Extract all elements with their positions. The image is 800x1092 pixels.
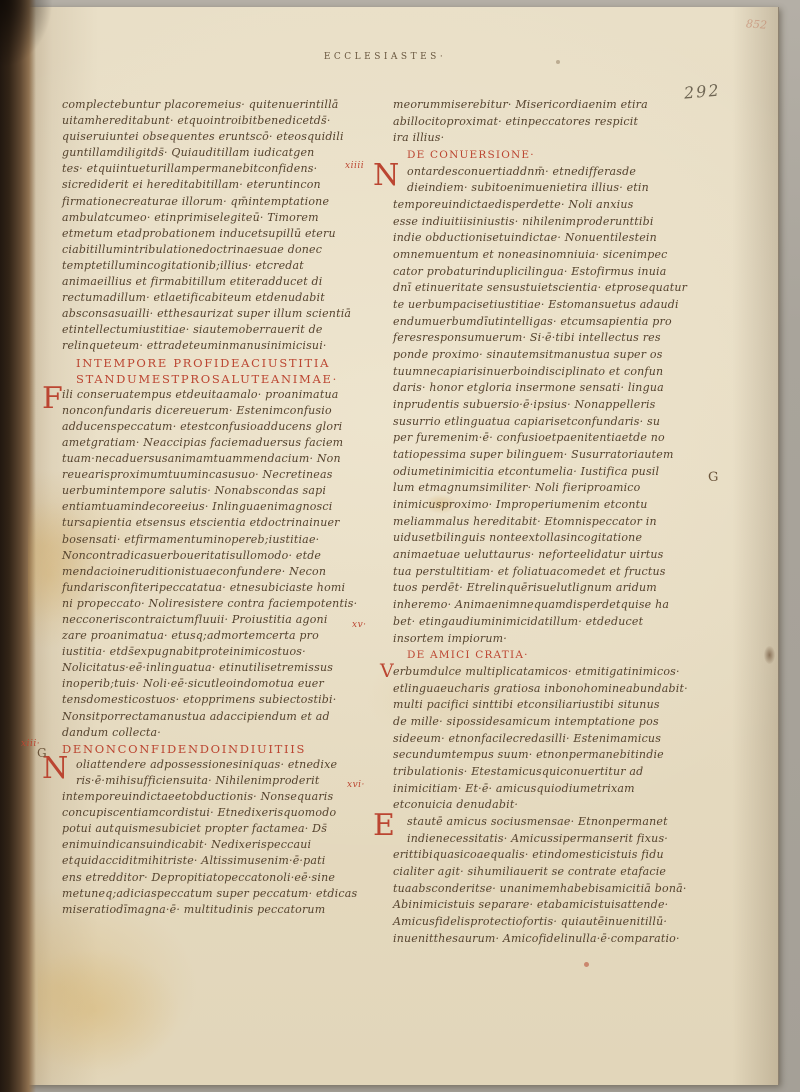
manuscript-text-line: uerbumintempore salutis· Nonabscondas sa… bbox=[62, 483, 390, 499]
line-text: STANDUMESTPROSALUTEANIMAE· bbox=[76, 372, 338, 386]
manuscript-text-line: daris· honor etgloria insermone sensati·… bbox=[393, 380, 727, 397]
manuscript-text-line: tes· etquiintueturillampermanebitconfide… bbox=[62, 161, 390, 177]
manuscript-text-line: fundarisconfiteripeccatatua· etnesubicia… bbox=[62, 580, 390, 596]
manuscript-text-line: etconuicia denudabit· bbox=[393, 797, 727, 814]
line-text: inuenitthesaurum· Amicofidelinulla·ē·com… bbox=[393, 932, 680, 945]
manuscript-text-line: cialiter agit· sihumiliauerit se contrat… bbox=[393, 864, 727, 881]
manuscript-text-line: odiumetinimicitia etcontumelia· Iustific… bbox=[393, 464, 727, 481]
line-text: bosensati· etfirmamentuminopereb;iustiti… bbox=[62, 533, 319, 546]
line-text: multi pacifici sinttibi etconsiliariusti… bbox=[393, 698, 660, 711]
line-text: dieindiem· subitoenimuenietira illius· e… bbox=[407, 181, 649, 194]
manuscript-text-line: tua perstultitiam· et foliatuacomedet et… bbox=[393, 564, 727, 581]
line-text: oliattendere adpossessionesiniquas· etne… bbox=[76, 758, 337, 771]
line-text: etintellectumiustitiae· siautemoberrauer… bbox=[62, 323, 323, 336]
line-text: INTEMPORE PROFIDEACIUSTITIA bbox=[76, 356, 330, 370]
manuscript-text-line: sideeum· etnonfacilecredasilli· Estenima… bbox=[393, 731, 727, 748]
manuscript-text-line: ira illius· bbox=[393, 130, 727, 147]
line-text: fundarisconfiteripeccatatua· etnesubicia… bbox=[62, 581, 345, 594]
manuscript-text-line: tursapientia etsensus etscientia etdoctr… bbox=[62, 515, 390, 531]
manuscript-text-line: adducenspeccatum· etestconfusioadducens … bbox=[62, 419, 390, 435]
manuscript-text-line: bosensati· etfirmamentuminopereb;iustiti… bbox=[62, 532, 390, 548]
manuscript-text-line: tuaabsconderitse· unanimemhabebisamiciti… bbox=[393, 881, 727, 898]
manuscript-text-line: uitamhereditabunt· etquointroibitbenedic… bbox=[62, 113, 390, 129]
line-text: ili conseruatempus etdeuitaamalo· proani… bbox=[62, 388, 338, 401]
running-header: ECCLESIASTES· bbox=[280, 52, 490, 62]
manuscript-text-line: tuam·necaduersusanimamtuammendacium· Non bbox=[62, 451, 390, 467]
line-text: DE AMICI CRATIA· bbox=[407, 649, 529, 661]
manuscript-text-line: Nonsitporrectamanustua adaccipiendum et … bbox=[62, 709, 390, 725]
line-text: Nonsitporrectamanustua adaccipiendum et … bbox=[62, 710, 330, 723]
line-text: tatiopessima super bilinguem· Susurrator… bbox=[393, 448, 674, 461]
manuscript-text-line: indie obductionisetuindictae· Nonuentile… bbox=[393, 230, 727, 247]
line-text: daris· honor etgloria insermone sensati·… bbox=[393, 381, 664, 394]
line-text: enimuindicansuindicabit· Nedixerispeccau… bbox=[62, 838, 311, 851]
manuscript-text-line: inoperib;tuis· Noli·eē·sicutleoindomotua… bbox=[62, 676, 390, 692]
line-text: per furemenim·ē· confusioetpaenitentiaet… bbox=[393, 431, 665, 444]
manuscript-text-line: absconsasuailli· etthesaurizat super ill… bbox=[62, 306, 390, 322]
line-text: sideeum· etnonfacilecredasilli· Estenima… bbox=[393, 732, 661, 745]
line-text: uidusetbilinguis nonteextollasincogitati… bbox=[393, 531, 642, 544]
line-text: etlinguaeucharis gratiosa inbonohomineab… bbox=[393, 682, 688, 695]
manuscript-text-line: ponde proximo· sinautemsitmanustua super… bbox=[393, 347, 727, 364]
line-text: DE CONUERSIONE· bbox=[407, 149, 535, 161]
manuscript-text-line: reuearisproximumtuumincasusuo· Necretine… bbox=[62, 467, 390, 483]
line-text: temptetillumincogitationib;illius· etcre… bbox=[62, 259, 304, 272]
line-text: absconsasuailli· etthesaurizat super ill… bbox=[62, 307, 351, 320]
manuscript-text-line: enimuindicansuindicabit· Nedixerispeccau… bbox=[62, 837, 390, 853]
line-text: quiseruiuntei obsequentes eruntscō· eteo… bbox=[62, 130, 344, 143]
text-column-left: complectebuntur placoremeius· quitenueri… bbox=[62, 97, 390, 918]
manuscript-text-line: per furemenim·ē· confusioetpaenitentiaet… bbox=[393, 430, 727, 447]
manuscript-text-line: Nontardesconuertiaddnm̄· etnedifferasde bbox=[393, 164, 727, 181]
manuscript-text-line: tensdomesticostuos· etopprimens subiecto… bbox=[62, 692, 390, 708]
manuscript-text-line: etlinguaeucharis gratiosa inbonohomineab… bbox=[393, 681, 727, 698]
manuscript-text-line: animaeillius et firmabitillum etiteraddu… bbox=[62, 274, 390, 290]
rubric-heading-line: DE AMICI CRATIA· bbox=[393, 647, 727, 664]
line-text: etquidacciditmihitriste· Altissimusenim·… bbox=[62, 854, 325, 867]
line-text: inimicusproximo· Improperiumenim etcontu bbox=[393, 498, 648, 511]
line-text: reuearisproximumtuumincasusuo· Necretine… bbox=[62, 468, 333, 481]
manuscript-text-line: concupiscentiamcordistui· Etnedixerisquo… bbox=[62, 805, 390, 821]
line-text: de mille· sipossidesamicum intemptatione… bbox=[393, 715, 659, 728]
line-text: Amicusfidelisprotectiofortis· quiautēinu… bbox=[393, 915, 667, 928]
line-text: dnī etinueritate sensustuietscientia· et… bbox=[393, 281, 687, 294]
manuscript-text-line: relinqueteum· ettradeteuminmanusinimicis… bbox=[62, 338, 390, 354]
manuscript-text-line: etmetum etadprobationem inducetsupillū e… bbox=[62, 226, 390, 242]
rubric-heading-line: STANDUMESTPROSALUTEANIMAE· bbox=[62, 371, 390, 387]
line-text: bet· etingaudiuminimicidatillum· etdeduc… bbox=[393, 615, 643, 628]
line-text: tuam·necaduersusanimamtuammendacium· Non bbox=[62, 452, 341, 465]
manuscript-text-line: iustitia· etds̄expugnabitproteinimicostu… bbox=[62, 644, 390, 660]
manuscript-text-line: miseratiodīmagna·ē· multitudinis peccato… bbox=[62, 902, 390, 918]
manuscript-text-line: dnī etinueritate sensustuietscientia· et… bbox=[393, 280, 727, 297]
manuscript-text-line: cator probaturinduplicilingua· Estofirmu… bbox=[393, 264, 727, 281]
line-text: guntillamdiligitds̄· Quiauditillam iudic… bbox=[62, 146, 314, 159]
line-text: ris·ē·mihisufficiensuita· Nihilenimprode… bbox=[76, 774, 319, 787]
manuscript-text-line: dieindiem· subitoenimuenietira illius· e… bbox=[393, 180, 727, 197]
line-text: mendacioineruditionistuaeconfundere· Nec… bbox=[62, 565, 326, 578]
manuscript-text-line: temporeuindictaedisperdette· Noli anxius bbox=[393, 197, 727, 214]
line-text: uerbumintempore salutis· Nonabscondas sa… bbox=[62, 484, 326, 497]
line-text: animaetuae ueluttaurus· neforteelidatur … bbox=[393, 548, 663, 561]
rubric-heading-line: DE CONUERSIONE· bbox=[393, 147, 727, 164]
illuminated-initial-v: V bbox=[380, 662, 394, 681]
line-text: adducenspeccatum· etestconfusioadducens … bbox=[62, 420, 342, 433]
manuscript-text-line: multi pacifici sinttibi etconsiliariusti… bbox=[393, 697, 727, 714]
manuscript-text-line: intemporeuindictaeetobductionis· Nonsequ… bbox=[62, 789, 390, 805]
line-text: secundumtempus suum· etnonpermanebitindi… bbox=[393, 748, 664, 761]
illuminated-initial-f: F bbox=[42, 384, 63, 414]
line-text: stautē amicus sociusmensae· Etnonpermane… bbox=[407, 815, 668, 828]
manuscript-text-line: tuumnecapiarisinuerboindisciplinato et c… bbox=[393, 364, 727, 381]
manuscript-text-line: etintellectumiustitiae· siautemoberrauer… bbox=[62, 322, 390, 338]
line-text: indienecessitatis· Amicussipermanserit f… bbox=[407, 832, 668, 845]
manuscript-text-line: secundumtempus suum· etnonpermanebitindi… bbox=[393, 747, 727, 764]
manuscript-text-line: bet· etingaudiuminimicidatillum· etdeduc… bbox=[393, 614, 727, 631]
manuscript-text-line: Nolicitatus·eē·inlinguatua· etinutiliset… bbox=[62, 660, 390, 676]
line-text: tursapientia etsensus etscientia etdoctr… bbox=[62, 516, 340, 529]
chapter-number-xiiii: xiiii bbox=[345, 161, 364, 171]
line-text: ira illius· bbox=[393, 131, 444, 144]
line-text: meorummiserebitur· Misericordiaenim etir… bbox=[393, 98, 648, 111]
line-text: DENONCONFIDENDOINDIUITIIS bbox=[62, 742, 306, 756]
line-text: necconeriscontraictumfluuii· Proiustitia… bbox=[62, 613, 328, 626]
manuscript-text-line: Amicusfidelisprotectiofortis· quiautēinu… bbox=[393, 914, 727, 931]
line-text: ni propeccato· Noliresistere contra faci… bbox=[62, 597, 357, 610]
line-text: inoperib;tuis· Noli·eē·sicutleoindomotua… bbox=[62, 677, 324, 690]
line-text: inimicitiam· Et·ē· amicusquiodiumetrixam bbox=[393, 782, 635, 795]
text-column-right: meorummiserebitur· Misericordiaenim etir… bbox=[393, 97, 727, 947]
line-text: animaeillius et firmabitillum etiteraddu… bbox=[62, 275, 322, 288]
line-text: abillocitoproximat· etinpeccatores respi… bbox=[393, 115, 638, 128]
line-text: cialiter agit· sihumiliauerit se contrat… bbox=[393, 865, 666, 878]
manuscript-text-line: nonconfundaris dicereuerum· Estenimconfu… bbox=[62, 403, 390, 419]
line-text: tensdomesticostuos· etopprimens subiecto… bbox=[62, 693, 336, 706]
manuscript-text-line: Abinimicistuis separare· etabamicistuisa… bbox=[393, 897, 727, 914]
manuscript-text-line: rectumadillum· etlaetificabiteum etdenud… bbox=[62, 290, 390, 306]
line-text: ametgratiam· Neaccipias faciemaduersus f… bbox=[62, 436, 343, 449]
manuscript-text-line: indienecessitatis· Amicussipermanserit f… bbox=[393, 831, 727, 848]
manuscript-text-line: potui autquismesubiciet propter factamea… bbox=[62, 821, 390, 837]
line-text: uitamhereditabunt· etquointroibitbenedic… bbox=[62, 114, 331, 127]
manuscript-text-line: complectebuntur placoremeius· quitenueri… bbox=[62, 97, 390, 113]
manuscript-text-line: Verbumdulce multiplicatamicos· etmitigat… bbox=[393, 664, 727, 681]
chapter-number-xvi: xvi· bbox=[347, 780, 365, 790]
line-text: feresresponsumuerum· Si·ē·tibi intellect… bbox=[393, 331, 661, 344]
manuscript-text-line: feresresponsumuerum· Si·ē·tibi intellect… bbox=[393, 330, 727, 347]
manuscript-text-line: temptetillumincogitationib;illius· etcre… bbox=[62, 258, 390, 274]
line-text: erittibiquasicoaequalis· etindomesticist… bbox=[393, 848, 664, 861]
line-text: ontardesconuertiaddnm̄· etnedifferasde bbox=[407, 165, 636, 178]
line-text: te uerbumpacisetiustitiae· Estomansuetus… bbox=[393, 298, 679, 311]
line-text: cator probaturinduplicilingua· Estofirmu… bbox=[393, 265, 666, 278]
line-text: Abinimicistuis separare· etabamicistuisa… bbox=[393, 898, 668, 911]
manuscript-text-line: te uerbumpacisetiustitiae· Estomansuetus… bbox=[393, 297, 727, 314]
manuscript-text-line: metuneq;adiciaspeccatum super peccatum· … bbox=[62, 886, 390, 902]
book-gutter bbox=[0, 0, 36, 1092]
line-text: complectebuntur placoremeius· quitenueri… bbox=[62, 98, 339, 111]
line-text: potui autquismesubiciet propter factamea… bbox=[62, 822, 327, 835]
manuscript-text-line: sicrediderit ei hereditabitillam· eterun… bbox=[62, 177, 390, 193]
manuscript-text-line: entiamtuamindecoreeius· Inlinguaenimagno… bbox=[62, 499, 390, 515]
manuscript-text-line: susurrio etlinguatua capiarisetconfundar… bbox=[393, 414, 727, 431]
line-text: entiamtuamindecoreeius· Inlinguaenimagno… bbox=[62, 500, 332, 513]
manuscript-text-line: insortem impiorum· bbox=[393, 631, 727, 648]
line-text: zare proanimatua· etusq;admortemcerta pr… bbox=[62, 629, 319, 642]
manuscript-text-line: guntillamdiligitds̄· Quiauditillam iudic… bbox=[62, 145, 390, 161]
manuscript-text-line: meliammalus hereditabit· Etomnispeccator… bbox=[393, 514, 727, 531]
manuscript-text-line: erittibiquasicoaequalis· etindomesticist… bbox=[393, 847, 727, 864]
manuscript-text-line: ni propeccato· Noliresistere contra faci… bbox=[62, 596, 390, 612]
rubric-heading-line: INTEMPORE PROFIDEACIUSTITIA bbox=[62, 355, 390, 371]
manuscript-text-line: inheremo· Animaenimnequamdisperdetquise … bbox=[393, 597, 727, 614]
manuscript-text-line: tuos perdēt· Etrelinquērisuelutlignum ar… bbox=[393, 580, 727, 597]
manuscript-text-line: Estautē amicus sociusmensae· Etnonperman… bbox=[393, 814, 727, 831]
manuscript-text-line: ametgratiam· Neaccipias faciemaduersus f… bbox=[62, 435, 390, 451]
line-text: tuaabsconderitse· unanimemhabebisamiciti… bbox=[393, 882, 687, 895]
manuscript-text-line: lum etmagnumsimiliter· Noli fieriproamic… bbox=[393, 480, 727, 497]
line-text: dandum collecta· bbox=[62, 726, 161, 739]
line-text: endumuerbumdīutintelligas· etcumsapienti… bbox=[393, 315, 672, 328]
line-text: ambulatcumeo· etinprimiselegiteū· Timore… bbox=[62, 211, 319, 224]
manuscript-text-line: ambulatcumeo· etinprimiselegiteū· Timore… bbox=[62, 210, 390, 226]
line-text: esse indiuitiisiniustis· nihilenimproder… bbox=[393, 215, 654, 228]
manuscript-text-line: esse indiuitiisiniustis· nihilenimproder… bbox=[393, 214, 727, 231]
manuscript-text-line: meorummiserebitur· Misericordiaenim etir… bbox=[393, 97, 727, 114]
manuscript-text-line: endumuerbumdīutintelligas· etcumsapienti… bbox=[393, 314, 727, 331]
manuscript-text-line: tribulationis· Etestamicusquiconuertitur… bbox=[393, 764, 727, 781]
line-text: tuumnecapiarisinuerboindisciplinato et c… bbox=[393, 365, 663, 378]
manuscript-text-line: omnemuentum et noneasinomniuia· sicenimp… bbox=[393, 247, 727, 264]
manuscript-text-line: ens etredditor· Depropitiatopeccatonoli·… bbox=[62, 870, 390, 886]
line-text: iustitia· etds̄expugnabitproteinimicostu… bbox=[62, 645, 306, 658]
line-text: etmetum etadprobationem inducetsupillū e… bbox=[62, 227, 336, 240]
manuscript-text-line: tatiopessima super bilinguem· Susurrator… bbox=[393, 447, 727, 464]
line-text: inheremo· Animaenimnequamdisperdetquise … bbox=[393, 598, 669, 611]
manuscript-text-line: necconeriscontraictumfluuii· Proiustitia… bbox=[62, 612, 390, 628]
guide-letter-left: G bbox=[37, 746, 47, 760]
binding-shadow bbox=[0, 0, 60, 100]
line-text: concupiscentiamcordistui· Etnedixerisquo… bbox=[62, 806, 336, 819]
line-text: ponde proximo· sinautemsitmanustua super… bbox=[393, 348, 663, 361]
manuscript-text-line: Fili conseruatempus etdeuitaamalo· proan… bbox=[62, 387, 390, 403]
line-text: tribulationis· Etestamicusquiconuertitur… bbox=[393, 765, 643, 778]
manuscript-text-line: inimicitiam· Et·ē· amicusquiodiumetrixam bbox=[393, 781, 727, 798]
chapter-number-xv: xv· bbox=[352, 620, 367, 630]
line-text: tuos perdēt· Etrelinquērisuelutlignum ar… bbox=[393, 581, 657, 594]
line-text: ens etredditor· Depropitiatopeccatonoli·… bbox=[62, 871, 335, 884]
line-text: lum etmagnumsimiliter· Noli fieriproamic… bbox=[393, 481, 641, 494]
line-text: odiumetinimicitia etcontumelia· Iustific… bbox=[393, 465, 659, 478]
line-text: omnemuentum et noneasinomniuia· sicenimp… bbox=[393, 248, 668, 261]
line-text: insortem impiorum· bbox=[393, 632, 507, 645]
manuscript-text-line: zare proanimatua· etusq;admortemcerta pr… bbox=[62, 628, 390, 644]
line-text: tua perstultitiam· et foliatuacomedet et… bbox=[393, 565, 666, 578]
manuscript-text-line: dandum collecta· bbox=[62, 725, 390, 741]
manuscript-text-line: animaetuae ueluttaurus· neforteelidatur … bbox=[393, 547, 727, 564]
manuscript-text-line: de mille· sipossidesamicum intemptatione… bbox=[393, 714, 727, 731]
line-text: firmationecreaturae illorum· qm̄intempta… bbox=[62, 195, 329, 208]
manuscript-text-line: ris·ē·mihisufficiensuita· Nihilenimprode… bbox=[62, 773, 390, 789]
line-text: temporeuindictaedisperdette· Noli anxius bbox=[393, 198, 633, 211]
line-text: tes· etquiintueturillampermanebitconfide… bbox=[62, 162, 317, 175]
line-text: sicrediderit ei hereditabitillam· eterun… bbox=[62, 178, 321, 191]
corner-numeral: 852 bbox=[746, 17, 768, 31]
manuscript-text-line: inimicusproximo· Improperiumenim etcontu bbox=[393, 497, 727, 514]
manuscript-text-line: uidusetbilinguis nonteextollasincogitati… bbox=[393, 530, 727, 547]
line-text: inprudentis subuersio·ē·ipsius· Nonappel… bbox=[393, 398, 656, 411]
rubric-heading-line: DENONCONFIDENDOINDIUITIIS bbox=[62, 741, 390, 757]
illuminated-initial-e: E bbox=[373, 811, 395, 841]
manuscript-text-line: abillocitoproximat· etinpeccatores respi… bbox=[393, 114, 727, 131]
manuscript-text-line: quiseruiuntei obsequentes eruntscō· eteo… bbox=[62, 129, 390, 145]
manuscript-text-line: inprudentis subuersio·ē·ipsius· Nonappel… bbox=[393, 397, 727, 414]
manuscript-text-line: firmationecreaturae illorum· qm̄intempta… bbox=[62, 194, 390, 210]
line-text: relinqueteum· ettradeteuminmanusinimicis… bbox=[62, 339, 327, 352]
line-text: erbumdulce multiplicatamicos· etmitigati… bbox=[393, 665, 680, 678]
line-text: Nolicitatus·eē·inlinguatua· etinutiliset… bbox=[62, 661, 333, 674]
line-text: susurrio etlinguatua capiarisetconfundar… bbox=[393, 415, 660, 428]
manuscript-text-line: mendacioineruditionistuaeconfundere· Nec… bbox=[62, 564, 390, 580]
line-text: miseratiodīmagna·ē· multitudinis peccato… bbox=[62, 903, 325, 916]
manuscript-text-line: Noncontradicasuerboueritatisullomodo· et… bbox=[62, 548, 390, 564]
line-text: metuneq;adiciaspeccatum super peccatum· … bbox=[62, 887, 357, 900]
line-text: indie obductionisetuindictae· Nonuentile… bbox=[393, 231, 657, 244]
guide-letter-right: G bbox=[708, 470, 718, 485]
line-text: Noncontradicasuerboueritatisullomodo· et… bbox=[62, 549, 321, 562]
manuscript-text-line: inuenitthesaurum· Amicofidelinulla·ē·com… bbox=[393, 931, 727, 948]
manuscript-text-line: ciabitillumintribulationedoctrinaesuae d… bbox=[62, 242, 390, 258]
line-text: meliammalus hereditabit· Etomnispeccator… bbox=[393, 515, 657, 528]
line-text: ciabitillumintribulationedoctrinaesuae d… bbox=[62, 243, 322, 256]
manuscript-text-line: etquidacciditmihitriste· Altissimusenim·… bbox=[62, 853, 390, 869]
line-text: nonconfundaris dicereuerum· Estenimconfu… bbox=[62, 404, 332, 417]
line-text: intemporeuindictaeetobductionis· Nonsequ… bbox=[62, 790, 333, 803]
line-text: rectumadillum· etlaetificabiteum etdenud… bbox=[62, 291, 325, 304]
photo-background: ECCLESIASTES· 292 852 complectebuntur pl… bbox=[0, 0, 800, 1092]
manuscript-text-line: Noliattendere adpossessionesiniquas· etn… bbox=[62, 757, 390, 773]
line-text: etconuicia denudabit· bbox=[393, 798, 518, 811]
